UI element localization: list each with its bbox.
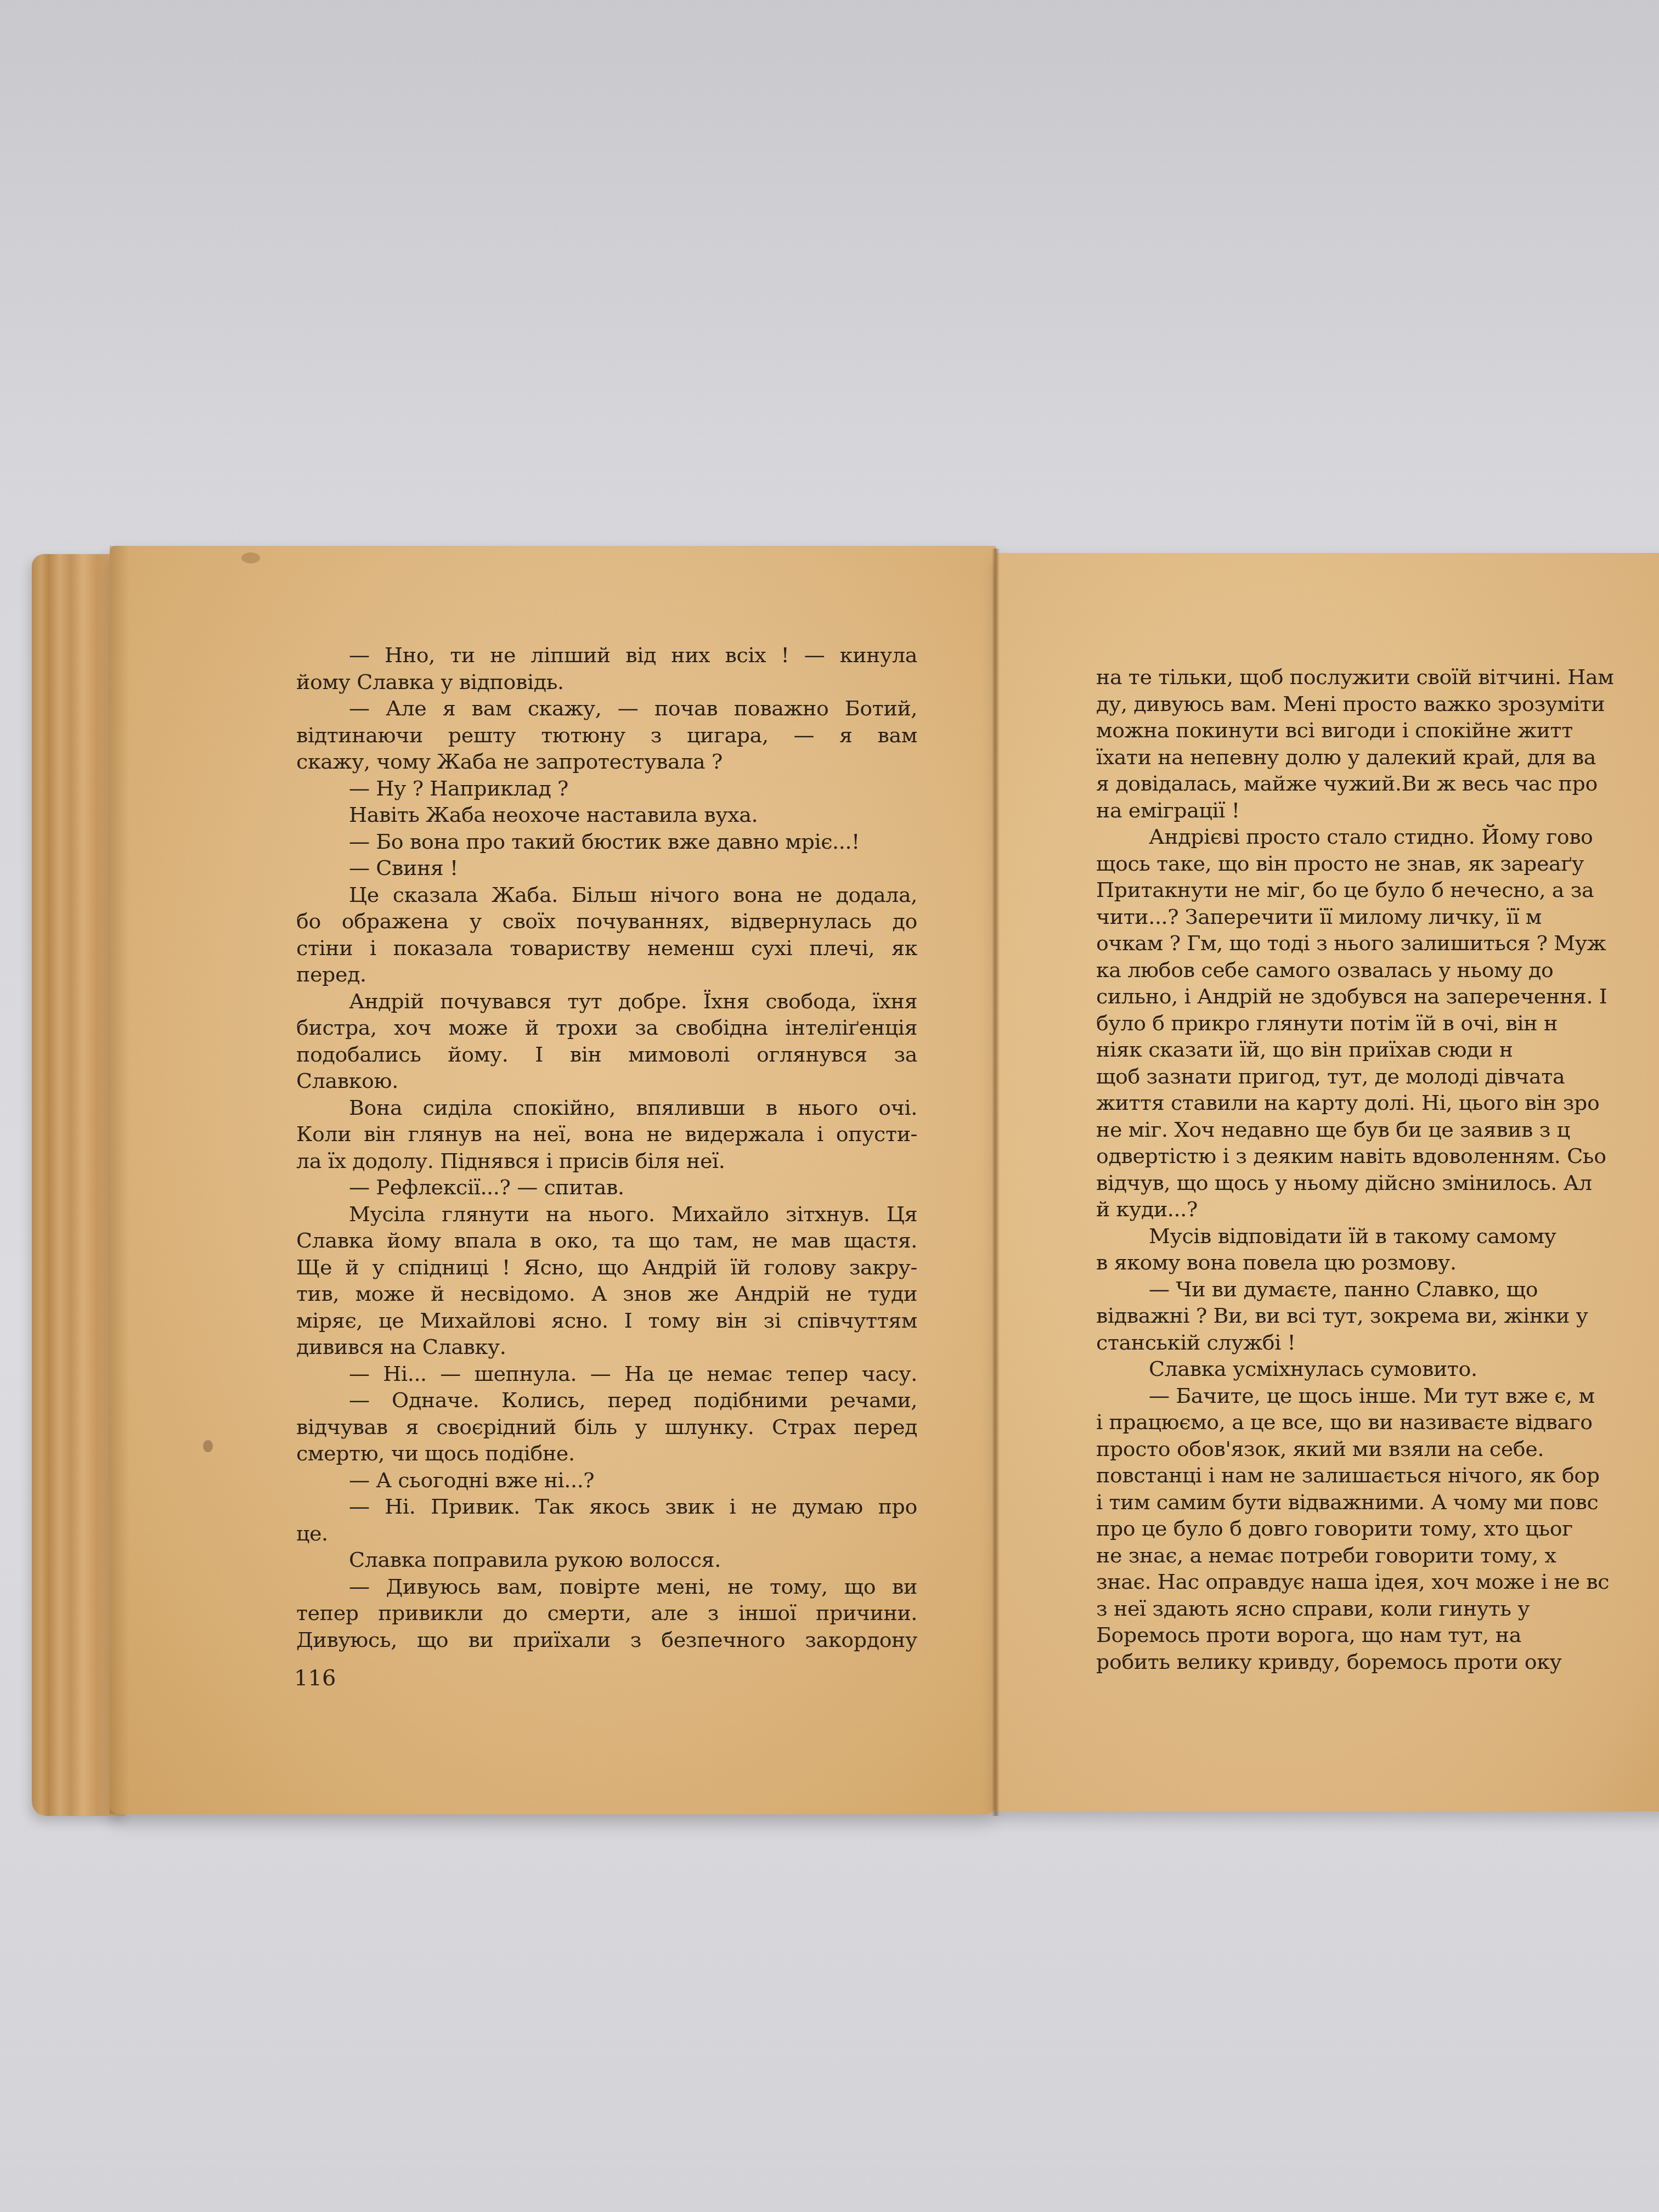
text-line: стіни і показала товариству неменш сухі …	[296, 935, 917, 962]
page-number: 116	[294, 1666, 336, 1691]
text-line: Боремось проти ворога, що нам тут, на	[1096, 1622, 1659, 1649]
text-line: Навіть Жаба неохоче наставила вуха.	[296, 802, 917, 828]
text-line: і працюємо, а це все, що ви називаєте ві…	[1096, 1409, 1659, 1436]
text-line: відтинаючи решту тютюну з цигара, — я ва…	[296, 722, 917, 749]
text-line: з неї здають ясно справи, коли гинуть у	[1096, 1595, 1659, 1622]
text-line: Славкою.	[296, 1068, 917, 1094]
text-line: — Ні. Привик. Так якось звик і не думаю …	[296, 1493, 917, 1520]
text-line: життя ставили на карту долі. Ні, цього в…	[1096, 1090, 1659, 1116]
text-line: — Рефлексії...? — спитав.	[296, 1174, 917, 1201]
text-line: повстанці і нам не залишається нічого, я…	[1096, 1462, 1659, 1489]
text-line: було б прикро глянути потім їй в очі, ві…	[1096, 1010, 1659, 1037]
paper-stain	[241, 552, 260, 563]
text-line: Ще й у спідниці ! Ясно, що Андрій їй гол…	[296, 1254, 917, 1281]
text-line: перед.	[296, 961, 917, 988]
text-line: подобались йому. І він мимоволі оглянувс…	[296, 1041, 917, 1068]
text-line: Славка йому впала в око, та що там, не м…	[296, 1227, 917, 1254]
text-line: Андрій почувався тут добре. Їхня свобода…	[296, 988, 917, 1015]
text-line: робить велику кривду, боремось проти оку	[1096, 1649, 1659, 1675]
text-line: Славка усміхнулась сумовито.	[1096, 1356, 1659, 1383]
text-line: бистра, хоч може й трохи за свобідна інт…	[296, 1014, 917, 1041]
text-line: Вона сиділа спокійно, впяливши в нього о…	[296, 1094, 917, 1121]
text-line: Притакнути не міг, бо це було б нечесно,…	[1096, 877, 1659, 904]
text-line: тив, може й несвідомо. А знов же Андрій …	[296, 1280, 917, 1307]
text-line: чити...? Заперечити її милому личку, її …	[1096, 904, 1659, 930]
text-line: сильно, і Андрій не здобувся на заперече…	[1096, 983, 1659, 1010]
text-line: — А сьогодні вже ні...?	[296, 1467, 917, 1494]
text-line: — Дивуюсь вам, повірте мені, не тому, що…	[296, 1573, 917, 1600]
text-line: ка любов себе самого озвалась у ньому до	[1096, 957, 1659, 984]
text-line: — Бачите, це щось інше. Ми тут вже є, м	[1096, 1383, 1659, 1409]
text-line: Дивуюсь, що ви приїхали з безпечного зак…	[296, 1627, 917, 1654]
text-line: можна покинути всі вигоди і спокійне жит…	[1096, 717, 1659, 744]
text-line: відчув, що щось у ньому дійсно змінилось…	[1096, 1170, 1659, 1197]
text-line: щось таке, що він просто не знав, як зар…	[1096, 850, 1659, 877]
text-line: ду, дивуюсь вам. Мені просто важко зрозу…	[1096, 691, 1659, 718]
text-line: в якому вона повела цю розмову.	[1096, 1249, 1659, 1276]
text-line: — Але я вам скажу, — почав поважно Ботий…	[296, 695, 917, 722]
text-line: бо ображена у своїх почуваннях, відверну…	[296, 908, 917, 935]
text-line: й куди...?	[1096, 1196, 1659, 1223]
text-line: Мусів відповідати їй в такому самому	[1096, 1223, 1659, 1250]
text-line: це.	[296, 1520, 917, 1547]
text-line: дивився на Славку.	[296, 1334, 917, 1361]
text-line: відчував я своєрідний біль у шлунку. Стр…	[296, 1414, 917, 1441]
text-line: Андрієві просто стало стидно. Йому гово	[1096, 823, 1659, 850]
book-spine	[992, 549, 1000, 1816]
text-line: — Бо вона про такий бюстик вже давно мрі…	[296, 828, 917, 855]
text-line: щоб зазнати пригод, тут, де молоді дівча…	[1096, 1063, 1659, 1090]
text-line: — Чи ви думаєте, панно Славко, що	[1096, 1276, 1659, 1303]
text-line: просто обов'язок, який ми взяли на себе.	[1096, 1436, 1659, 1463]
text-line: не знає, а немає потреби говорити тому, …	[1096, 1542, 1659, 1569]
text-line: Мусіла глянути на нього. Михайло зітхнув…	[296, 1201, 917, 1228]
left-page-text: — Нно, ти не ліпший від них всіх ! — кин…	[296, 642, 917, 1653]
text-line: на те тільки, щоб послужити своїй вітчин…	[1096, 664, 1659, 691]
text-line: міряє, це Михайлові ясно. І тому він зі …	[296, 1307, 917, 1334]
text-line: Славка поправила рукою волосся.	[296, 1547, 917, 1573]
text-line: і тим самим бути відважними. А чому ми п…	[1096, 1489, 1659, 1516]
text-line: відважні ? Ви, ви всі тут, зокрема ви, ж…	[1096, 1302, 1659, 1329]
text-line: ніяк сказати їй, що він приїхав сюди н	[1096, 1036, 1659, 1063]
text-line: йому Славка у відповідь.	[296, 669, 917, 696]
text-line: — Нно, ти не ліпший від них всіх ! — кин…	[296, 642, 917, 669]
text-line: одвертістю і з деяким навіть вдоволенням…	[1096, 1143, 1659, 1170]
text-line: — Свиня !	[296, 855, 917, 882]
text-line: очкам ? Гм, що тоді з нього залишиться ?…	[1096, 930, 1659, 957]
right-page-text: на те тільки, щоб послужити своїй вітчин…	[1096, 664, 1659, 1675]
text-line: я довідалась, майже чужий.Ви ж весь час …	[1096, 770, 1659, 797]
text-line: на еміграції !	[1096, 797, 1659, 824]
text-line: смертю, чи щось подібне.	[296, 1440, 917, 1467]
paper-stain	[203, 1440, 213, 1452]
text-line: знає. Нас оправдує наша ідея, хоч може і…	[1096, 1568, 1659, 1595]
text-line: Це сказала Жаба. Більш нічого вона не до…	[296, 882, 917, 909]
photo-scene: — Нно, ти не ліпший від них всіх ! — кин…	[0, 0, 1659, 2212]
text-line: Коли він глянув на неї, вона не видержал…	[296, 1121, 917, 1148]
text-line: тепер привикли до смерти, але з іншої пр…	[296, 1600, 917, 1627]
text-line: — Ні... — шепнула. — На це немає тепер ч…	[296, 1361, 917, 1387]
text-line: — Одначе. Колись, перед подібними речами…	[296, 1387, 917, 1414]
text-line: їхати на непевну долю у далекий край, дл…	[1096, 744, 1659, 771]
text-line: про це було б довго говорити тому, хто ц…	[1096, 1515, 1659, 1542]
text-line: скажу, чому Жаба не запротестувала ?	[296, 748, 917, 775]
text-line: — Ну ? Наприклад ?	[296, 775, 917, 802]
text-line: ла їх додолу. Піднявся і присів біля неї…	[296, 1148, 917, 1175]
text-line: не міг. Хоч недавно ще був би це заявив …	[1096, 1116, 1659, 1143]
text-line: станській службі !	[1096, 1329, 1659, 1356]
